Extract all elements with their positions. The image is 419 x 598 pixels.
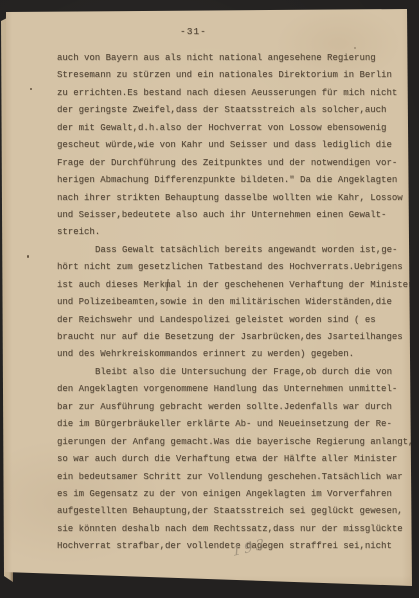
page-number: -31-	[180, 26, 207, 37]
text-line: herigen Abmachung Differenzpunkte bildet…	[57, 172, 415, 189]
paragraph: Dass Gewalt tatsächlich bereits angewand…	[57, 242, 415, 364]
text-line: gierungen der Anfang gemacht.Was die bay…	[57, 434, 415, 451]
photo-background: -31- auch von Bayern aus als nicht natio…	[0, 0, 419, 598]
text-line: Bleibt also die Untersuchung der Frage,o…	[57, 364, 415, 381]
text-line: Dass Gewalt tatsächlich bereits angewand…	[57, 242, 415, 259]
text-line: ist auch dieses Merkmal in der geschehen…	[57, 277, 415, 294]
text-line: streich.	[57, 224, 415, 241]
document-page: -31- auch von Bayern aus als nicht natio…	[4, 9, 412, 589]
text-line: der Reichswehr und Landespolizei geleist…	[57, 312, 415, 329]
paragraph: auch von Bayern aus als nicht national a…	[57, 50, 415, 242]
paper-speck	[30, 88, 32, 90]
paper-speck	[27, 255, 29, 258]
text-line: und Polizeibeamten,sowie in den militäri…	[57, 294, 415, 311]
text-line: sie könnten deshalb nach dem Rechtssatz,…	[57, 521, 415, 538]
text-line: den Angeklagten vorgenommene Handlung da…	[57, 381, 415, 398]
text-line: nach ihrer strikten Behauptung dasselbe …	[57, 190, 415, 207]
text-line: ein bedeutsamer Schritt zur Vollendung g…	[57, 469, 415, 486]
text-line: so war auch durch die Verhaftung etwa de…	[57, 451, 415, 468]
text-line: der geringste Zweifel,dass der Staatsstr…	[57, 102, 415, 119]
text-line: gescheut würde,wie von Kahr und Seisser …	[57, 137, 415, 154]
paragraph: Bleibt also die Untersuchung der Frage,o…	[57, 364, 415, 556]
text-line: bar zur Ausführung gebracht werden sollt…	[57, 399, 415, 416]
text-line: braucht nur auf die Besetzung der Jsarbr…	[57, 329, 415, 346]
text-line: und Seisser,bedeutete also auch ihr Unte…	[57, 207, 415, 224]
text-line: es im Gegensatz zu der von einigen Angek…	[57, 486, 415, 503]
paper-speck	[354, 47, 356, 49]
text-line: und des Wehrkreiskommandos erinnert zu w…	[57, 346, 415, 363]
text-line: auch von Bayern aus als nicht national a…	[57, 50, 415, 67]
text-line: zu errichten.Es bestand nach diesen Aeus…	[57, 85, 415, 102]
text-line: der mit Gewalt,d.h.also der Hochverrat v…	[57, 120, 415, 137]
text-line: hört nicht zum gesetzlichen Tatbestand d…	[57, 259, 415, 276]
typewritten-text: auch von Bayern aus als nicht national a…	[57, 50, 415, 556]
text-line: Frage der Durchführung des Zeitpunktes u…	[57, 155, 415, 172]
text-line: die im Bürgerbräukeller erklärte Ab- und…	[57, 416, 415, 433]
text-line: aufgestellten Behauptung,der Staatsstrei…	[57, 503, 415, 520]
text-line: Stresemann zu stürzen und ein nationales…	[57, 67, 415, 84]
